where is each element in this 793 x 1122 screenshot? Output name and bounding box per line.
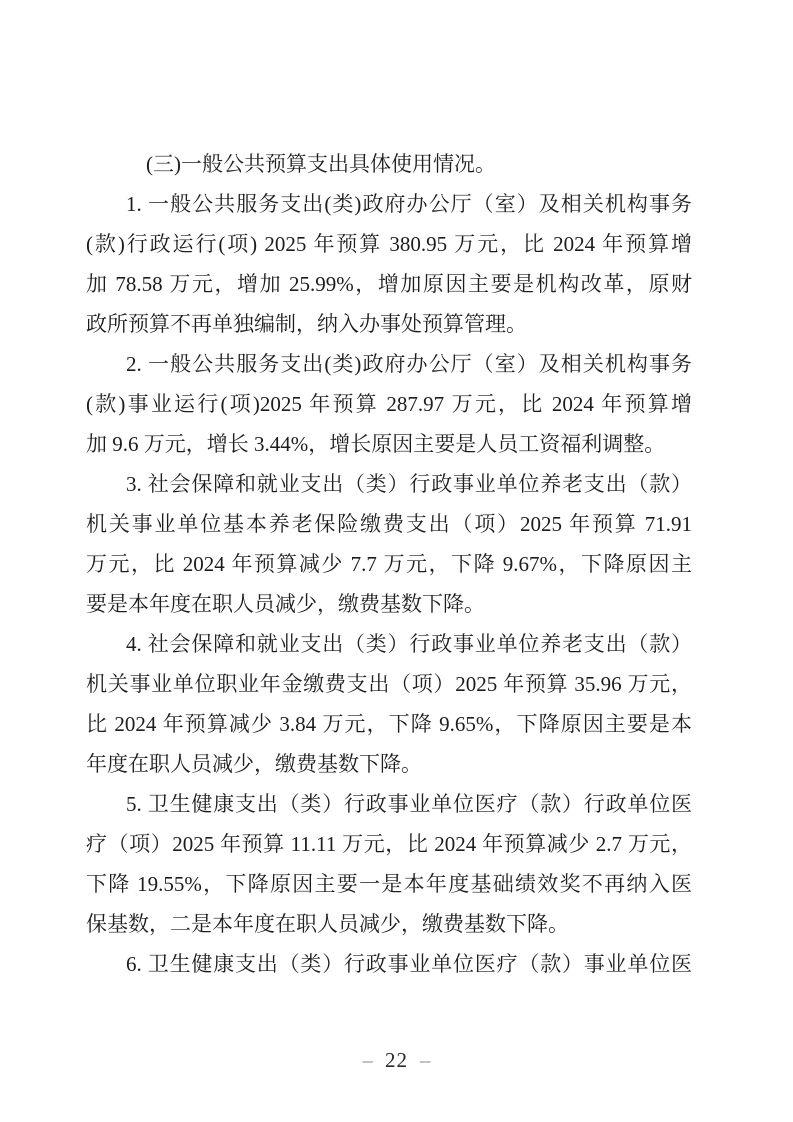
- paragraph-3-line-4: 要是本年度在职人员减少，缴费基数下降。: [86, 584, 692, 624]
- paragraph-1-line-2: (款)行政运行(项) 2025 年预算 380.95 万元，比 2024 年预算…: [86, 224, 692, 264]
- paragraph-3-line-3: 万元，比 2024 年预算减少 7.7 万元，下降 9.67%，下降原因主: [86, 544, 692, 584]
- paragraph-1-line-4: 政所预算不再单独编制，纳入办事处预算管理。: [86, 304, 692, 344]
- paragraph-2-line-1: 2. 一般公共服务支出(类)政府办公厅（室）及相关机构事务: [86, 344, 692, 384]
- paragraph-4-line-2: 机关事业单位职业年金缴费支出（项）2025 年预算 35.96 万元，: [86, 664, 692, 704]
- document-page: (三)一般公共预算支出具体使用情况。 1. 一般公共服务支出(类)政府办公厅（室…: [0, 0, 793, 1122]
- paragraph-5-line-2: 疗（项）2025 年预算 11.11 万元，比 2024 年预算减少 2.7 万…: [86, 824, 692, 864]
- paragraph-2-line-3: 加 9.6 万元，增长 3.44%，增长原因主要是人员工资福利调整。: [86, 424, 692, 464]
- paragraph-2-line-2: (款)事业运行(项)2025 年预算 287.97 万元，比 2024 年预算增: [86, 384, 692, 424]
- paragraph-3-line-2: 机关事业单位基本养老保险缴费支出（项）2025 年预算 71.91: [86, 504, 692, 544]
- paragraph-1-line-3: 加 78.58 万元，增加 25.99%，增加原因主要是机构改革，原财: [86, 264, 692, 304]
- section-heading: (三)一般公共预算支出具体使用情况。: [86, 144, 692, 184]
- paragraph-1-line-1: 1. 一般公共服务支出(类)政府办公厅（室）及相关机构事务: [86, 184, 692, 224]
- paragraph-4-line-4: 年度在职人员减少，缴费基数下降。: [86, 744, 692, 784]
- paragraph-4-line-3: 比 2024 年预算减少 3.84 万元，下降 9.65%，下降原因主要是本: [86, 704, 692, 744]
- page-number: 22: [385, 1048, 408, 1072]
- paragraph-6-line-1: 6. 卫生健康支出（类）行政事业单位医疗（款）事业单位医: [86, 944, 692, 984]
- paragraph-5-line-1: 5. 卫生健康支出（类）行政事业单位医疗（款）行政单位医: [86, 784, 692, 824]
- paragraph-5-line-4: 保基数，二是本年度在职人员减少，缴费基数下降。: [86, 904, 692, 944]
- page-number-dash-left: –: [363, 1048, 374, 1072]
- document-body: (三)一般公共预算支出具体使用情况。 1. 一般公共服务支出(类)政府办公厅（室…: [86, 144, 692, 984]
- paragraph-4-line-1: 4. 社会保障和就业支出（类）行政事业单位养老支出（款）: [86, 624, 692, 664]
- page-footer: –22–: [0, 1040, 793, 1080]
- paragraph-3-line-1: 3. 社会保障和就业支出（类）行政事业单位养老支出（款）: [86, 464, 692, 504]
- page-number-dash-right: –: [420, 1048, 431, 1072]
- paragraph-5-line-3: 下降 19.55%，下降原因主要一是本年度基础绩效奖不再纳入医: [86, 864, 692, 904]
